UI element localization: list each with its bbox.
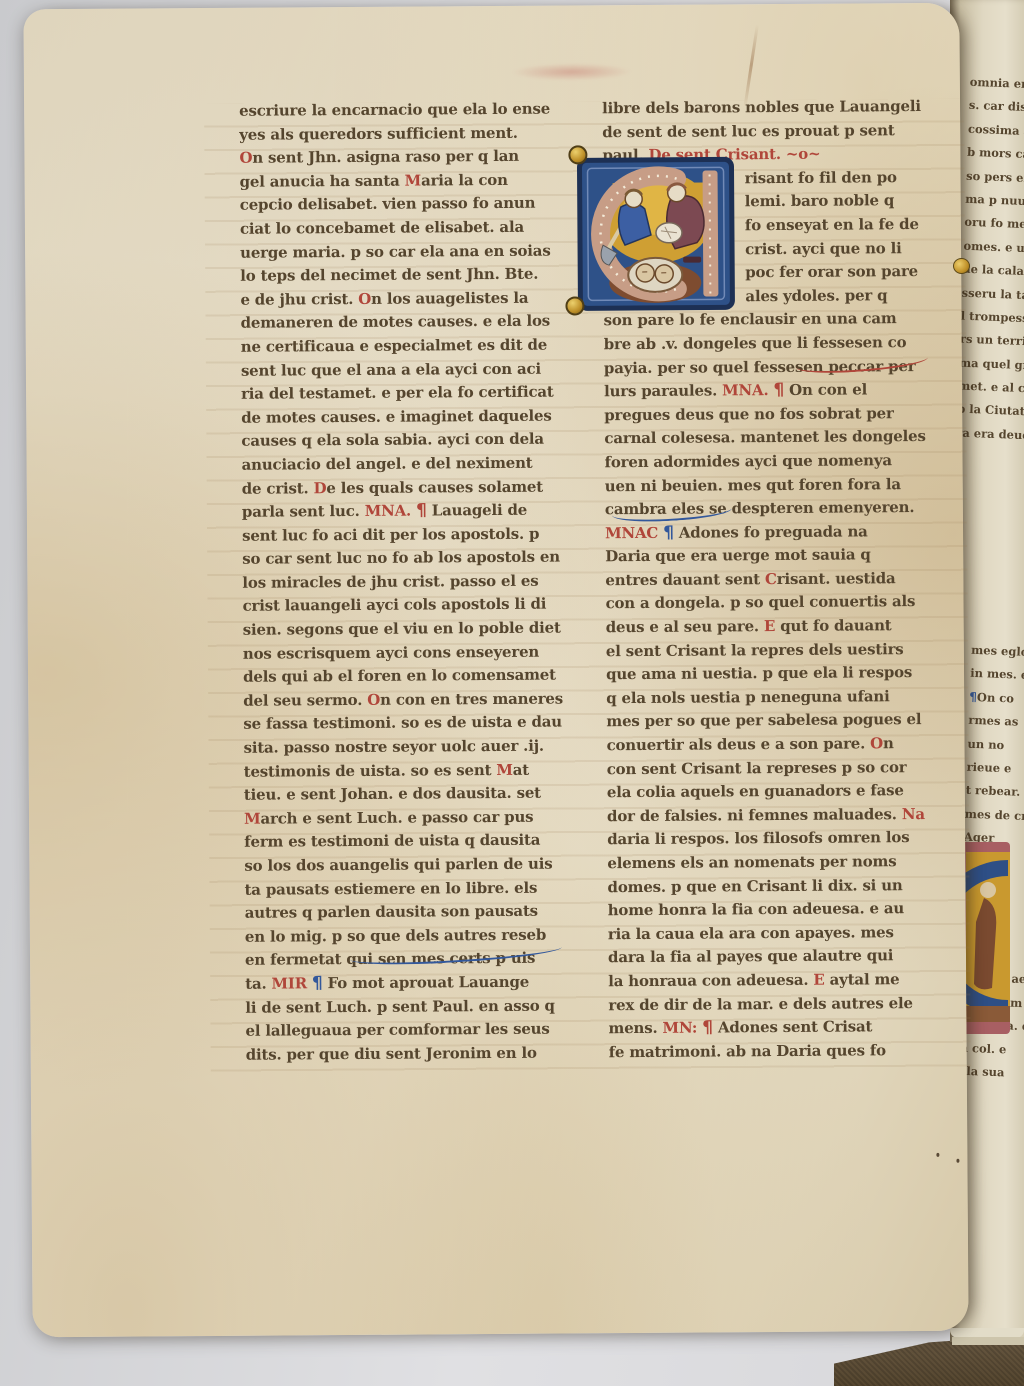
text-line: home honra la fia con adeuesa. e au xyxy=(608,897,956,923)
text-line: fe matrimoni. ab na Daria ques fo xyxy=(609,1039,957,1065)
ink-text: cossima ab xyxy=(968,122,1024,139)
ink-text: aria la con xyxy=(421,171,508,190)
text-line: risant fo fil den po xyxy=(744,166,950,191)
text-line: ra era deues xyxy=(956,421,1024,447)
text-line: p la Ciutat xyxy=(957,398,1024,424)
text-line: payia. per so quel fessesen peccar per xyxy=(604,354,952,380)
ink-text: ta. xyxy=(245,975,271,993)
ink-text: dels qui ab el foren en lo comensamet xyxy=(243,666,556,686)
text-line: mes eglori xyxy=(971,639,1024,665)
text-line: sita. passo nostre seyor uolc auer .ij. xyxy=(243,734,577,760)
text-line: ¶On co xyxy=(969,686,1024,712)
ink-text: fe matrimoni. ab na Daria ques fo xyxy=(609,1041,886,1061)
faded-running-title xyxy=(513,63,631,81)
ink-text: se fassa testimoni. so es de uista e dau xyxy=(243,713,562,733)
ink-text: sien. segons que el viu en lo poble diet xyxy=(243,619,561,639)
rubric-text: MNA. xyxy=(722,381,774,399)
text-line: l trompessca xyxy=(960,305,1024,331)
text-line: ria del testamet. e per ela fo certifica… xyxy=(241,381,575,407)
ink-text: nos escrisquem ayci cons enseyeren xyxy=(243,642,539,662)
text-line: so pers eme xyxy=(966,164,1024,190)
text-line: March e sent Luch. e passo car pus xyxy=(244,805,578,831)
ink-text: s. car dis co xyxy=(969,98,1024,115)
ink-text: en lo mig. p so que dels autres reseb xyxy=(245,925,546,945)
text-line: s. car dis co xyxy=(968,94,1024,120)
text-line: q ela nols uestia p neneguna ufani xyxy=(606,685,954,711)
text-line: mes de cris xyxy=(964,802,1024,828)
text-line: dits. per que diu sent Jeronim en lo xyxy=(246,1041,580,1067)
ink-text: Adones fo preguada na xyxy=(674,522,868,541)
text-line: pregues deus que no fos sobrat per xyxy=(604,402,952,428)
paragraph-mark: ¶ xyxy=(663,522,674,542)
rubric-text: Na xyxy=(902,805,925,823)
ink-text: ela colia aquels en guanadors e fase xyxy=(607,781,904,801)
text-line: met. e al co xyxy=(958,375,1024,401)
ink-text: in mes. e m xyxy=(970,666,1024,683)
illuminated-initial-C xyxy=(576,156,735,311)
ink-text: omes. e un l xyxy=(963,238,1024,255)
ink-text: rmes as xyxy=(968,713,1018,729)
ink-text: cambra eles se despteren emenyeren. xyxy=(605,498,915,518)
ink-text: el sent Crisant la repres dels uestirs xyxy=(606,640,904,660)
text-line: nos escrisquem ayci cons enseyeren xyxy=(243,640,577,666)
text-line: sien. segons que el viu en lo poble diet xyxy=(243,616,577,642)
paragraph-mark: ¶ xyxy=(416,501,427,521)
paragraph-mark: ¶ xyxy=(773,380,784,400)
ink-text: ma quel gr xyxy=(959,355,1024,372)
text-line: lo teps del necimet de sent Jhn. Bte. xyxy=(240,263,574,289)
ink-text: yes als queredors sufficient ment. xyxy=(239,123,518,143)
ink-text: la honraua con adeuesa. xyxy=(608,971,813,990)
text-line: ma p nuum xyxy=(965,188,1024,214)
ink-text: so los dos auangelis qui parlen de uis xyxy=(244,855,552,875)
text-line: en fermetat qui sen mes certs p uis xyxy=(245,947,579,973)
ink-text: sita. passo nostre seyor uolc auer .ij. xyxy=(243,737,543,757)
text-line: elemens els an nomenats per noms xyxy=(607,850,955,876)
ink-text: t rebear. s xyxy=(965,783,1024,799)
text-line: tieu. e sent Johan. e dos dausita. set xyxy=(244,782,578,808)
text-line: rs un terri xyxy=(959,328,1024,354)
text-line: parla sent luc. MNA. ¶ Lauageli de xyxy=(242,499,576,525)
text-line: dor de falsies. ni femnes maluades. Na xyxy=(607,803,955,829)
ink-text: oru fo mela xyxy=(964,215,1024,232)
text-line: li de sent Luch. p sent Paul. en asso q xyxy=(245,994,579,1020)
text-line: ciat lo concebamet de elisabet. ala xyxy=(240,215,574,241)
ink-text: bre ab .v. dongeles que li fessesen co xyxy=(604,333,907,353)
gold-ball-ornament xyxy=(565,296,584,315)
pricking-hole xyxy=(936,1153,939,1157)
text-line: libre dels barons nobles que Lauangeli xyxy=(602,95,950,121)
ink-text: q ela nols uestia p neneguna ufani xyxy=(606,687,889,707)
text-line: so car sent luc no fo ab los apostols en xyxy=(242,546,576,572)
ink-text: rieue e xyxy=(966,760,1011,776)
ink-text: ne certificaua e especialmet es dit de xyxy=(241,336,547,356)
text-line: escriure la encarnacio que ela lo ense xyxy=(239,97,573,123)
ink-text: On con el xyxy=(784,381,867,400)
ink-text: ra era deues xyxy=(956,425,1024,442)
text-line: son pare lo fe enclausir en una cam xyxy=(603,307,951,333)
text-line: cepcio delisabet. vien passo fo anun xyxy=(240,192,574,218)
ink-text: foren adormides ayci que nomenya xyxy=(604,451,891,471)
ink-text: omnia en xyxy=(970,75,1024,91)
text-line: ta pausats estiemere en lo libre. els xyxy=(244,876,578,902)
ink-text: ria la caua ela ara con apayes. mes xyxy=(608,923,894,943)
pricking-hole xyxy=(956,1159,959,1163)
ink-text: domes. p que en Crisant li dix. si un xyxy=(607,876,902,896)
text-line: crist lauangeli ayci cols apostols li di xyxy=(242,593,576,619)
ink-text: Daria que era uerge mot sauia q xyxy=(605,546,871,566)
text-line: dels qui ab el foren en lo comensamet xyxy=(243,664,577,690)
text-line: MNAC ¶ Adones fo preguada na xyxy=(605,519,953,545)
rubric-text: D xyxy=(313,479,326,497)
ink-text: gel anucia ha santa xyxy=(240,171,405,190)
text-line: lurs paraules. MNA. ¶ On con el xyxy=(604,378,952,404)
text-line: cossima ab xyxy=(968,118,1024,144)
ink-text: Lauageli de xyxy=(427,501,528,520)
left-text-column: escriure la encarnacio que ela lo enseye… xyxy=(239,97,580,1067)
text-line: sseru la tam xyxy=(961,281,1024,307)
text-line: Daria que era uerge mot sauia q xyxy=(605,543,953,569)
ink-text: Fo mot aprouat Lauange xyxy=(323,973,530,992)
rubric-text: MNAC xyxy=(605,524,663,542)
ink-text: elemens els an nomenats per noms xyxy=(607,852,896,872)
ink-text: uerge maria. p so car ela ana en soias xyxy=(240,241,551,261)
ink-text: crist. ayci que no li xyxy=(745,239,902,258)
ink-text: parla sent luc. xyxy=(242,502,365,521)
ink-text: sent luc fo aci dit per los apostols. p xyxy=(242,524,539,544)
text-line: sent luc fo aci dit per los apostols. p xyxy=(242,522,576,548)
text-line: ne certificaua e especialmet es dit de xyxy=(241,333,575,359)
rubric-text: O xyxy=(239,149,252,167)
ink-text: de la cala en xyxy=(962,262,1024,279)
manuscript-page: escriure la encarnacio que ela lo enseye… xyxy=(23,3,968,1338)
text-line: omes. e un l xyxy=(963,234,1024,260)
text-line: rmes as xyxy=(968,709,1024,735)
ink-text: so pers eme xyxy=(966,168,1024,185)
ink-text: so car sent luc no fo ab los apostols en xyxy=(242,548,560,568)
ink-text: mes de cris xyxy=(965,806,1024,823)
paragraph-mark: ¶ xyxy=(702,1018,713,1038)
rubric-text: MIR xyxy=(271,974,312,992)
text-line: dara la fia al payes que alautre qui xyxy=(608,944,956,970)
rubric-text: E xyxy=(764,617,775,635)
ink-text: los miracles de jhu crist. passo el es xyxy=(242,572,538,592)
ink-text: home honra la fia con adeuesa. e au xyxy=(608,899,905,919)
ink-text: mens. xyxy=(608,1019,662,1037)
ink-text: causes q ela sola sabia. ayci con dela xyxy=(241,430,544,450)
ink-text: l trompessca xyxy=(961,309,1024,326)
rubric-text: E xyxy=(813,971,824,989)
ink-text: tieu. e sent Johan. e dos dausita. set xyxy=(244,784,541,804)
rubric-text: O xyxy=(870,734,883,752)
ink-text: entres dauant sent xyxy=(605,570,765,589)
initial-miniature xyxy=(576,156,735,311)
ink-text: que ama ni uestia. p que ela li respos xyxy=(606,663,912,683)
text-line: crist. ayci que no li xyxy=(745,236,951,261)
gold-ball-ornament xyxy=(568,145,587,164)
text-line: ferm es testimoni de uista q dausita xyxy=(244,829,578,855)
ink-text: ciat lo concebamet de elisabet. ala xyxy=(240,218,524,238)
ink-text: li de sent Luch. p sent Paul. en asso q xyxy=(245,996,555,1016)
ink-text: n con en tres maneres xyxy=(380,689,563,708)
text-line: testimonis de uista. so es sent Mat xyxy=(244,758,578,784)
ink-text: fo enseyat en la fe de xyxy=(745,215,919,234)
text-line: foren adormides ayci que nomenya xyxy=(604,449,952,475)
text-line: un no xyxy=(967,732,1024,758)
ink-text: crist lauangeli ayci cols apostols li di xyxy=(242,595,546,615)
parchment-vein xyxy=(744,24,759,106)
rubric-text: M xyxy=(244,809,261,827)
text-line: fo enseyat en la fe de xyxy=(745,213,951,238)
text-line: daria li respos. los filosofs omren los xyxy=(607,826,955,852)
ink-text: de sent de sent luc es prouat p sent xyxy=(602,121,894,141)
ink-text: aytal me xyxy=(825,970,900,989)
ink-text: en fermetat qui sen mes certs p uis xyxy=(245,949,535,969)
ink-text: cepcio delisabet. vien passo fo anun xyxy=(240,194,536,214)
text-line: autres q parlen dausita son pausats xyxy=(245,900,579,926)
ink-text: Adones sent Crisat xyxy=(713,1018,872,1037)
ink-text: lo teps del necimet de sent Jhn. Bte. xyxy=(240,265,538,285)
ink-text: mes per so que per sabelesa pogues el xyxy=(606,710,921,730)
buried-heads xyxy=(628,258,682,292)
ink-text: uen ni beuien. mes qut foren fora la xyxy=(605,475,901,495)
ink-text: qut fo dauant xyxy=(775,616,891,635)
ink-text: payia. per so quel fessesen peccar per xyxy=(604,357,916,377)
ink-text: son pare lo fe enclausir en una cam xyxy=(604,310,897,330)
ink-text: con a dongela. p so quel conuertis als xyxy=(605,593,915,613)
text-line: cambra eles se despteren emenyeren. xyxy=(605,496,953,522)
text-line: bre ab .v. dongeles que li fessesen co xyxy=(604,331,952,357)
ink-text: e de jhu crist. xyxy=(240,290,358,309)
ink-text: arch e sent Luch. e passo car pus xyxy=(260,808,533,828)
text-line: rieue e xyxy=(966,756,1024,782)
text-line: b mors cau xyxy=(967,141,1024,167)
text-line: carnal colesesa. mantenet les dongeles xyxy=(604,425,952,451)
text-line: se fassa testimoni. so es de uista e dau xyxy=(243,711,577,737)
text-line: On sent Jhn. asigna raso per q lan xyxy=(239,145,573,171)
text-line: demaneren de motes causes. e ela los xyxy=(240,310,574,336)
ink-text: un no xyxy=(967,736,1004,751)
ink-text: conuertir als deus e a son pare. xyxy=(606,734,870,754)
text-line: ales ydoles. per q xyxy=(745,284,951,309)
text-line: ria la caua ela ara con apayes. mes xyxy=(608,921,956,947)
text-line: el lalleguaua per comformar les seus xyxy=(245,1018,579,1044)
text-line: de sent de sent luc es prouat p sent xyxy=(602,118,950,144)
text-line: en lo mig. p so que dels autres reseb xyxy=(245,923,579,949)
ink-text: autres q parlen dausita son pausats xyxy=(245,902,538,922)
ink-text: libre dels barons nobles que Lauangeli xyxy=(602,97,921,117)
ink-text: del seu sermo. xyxy=(243,691,367,710)
text-line: entres dauant sent Crisant. uestida xyxy=(605,567,953,593)
text-line: con sent Crisant la represes p so cor xyxy=(607,755,955,781)
text-line: conuertir als deus e a son pare. On xyxy=(606,732,954,758)
ink-text: n xyxy=(883,734,894,752)
text-line: que ama ni uestia. p que ela li respos xyxy=(606,661,954,687)
text-line: del seu sermo. On con en tres maneres xyxy=(243,687,577,713)
rubric-text: O xyxy=(367,691,380,709)
text-line: ma quel gr xyxy=(959,351,1024,377)
ink-text: dara la fia al payes que alautre qui xyxy=(608,947,893,967)
text-line: uerge maria. p so car ela ana en soias xyxy=(240,239,574,265)
text-line: de crist. De les quals causes solamet xyxy=(242,475,576,501)
text-line: uen ni beuien. mes qut foren fora la xyxy=(605,472,953,498)
text-line: la honraua con adeuesa. E aytal me xyxy=(608,968,956,994)
text-line: causes q ela sola sabia. ayci con dela xyxy=(241,428,575,454)
ink-text: ferm es testimoni de uista q dausita xyxy=(244,831,540,851)
ink-text: testimonis de uista. so es sent xyxy=(244,761,497,781)
ink-text: risant fo fil den po xyxy=(745,168,897,187)
ink-text: demaneren de motes causes. e ela los xyxy=(241,312,551,332)
ink-text: rex de dir de la mar. e dels autres ele xyxy=(608,994,913,1014)
text-line: de la cala en xyxy=(962,258,1024,284)
rubric-text: M xyxy=(405,171,422,189)
ink-text: el lalleguaua per comformar les seus xyxy=(245,1020,549,1040)
text-line: t rebear. s xyxy=(965,779,1024,805)
ink-text: ales ydoles. per q xyxy=(745,286,887,305)
ink-text: risant. uestida xyxy=(777,569,896,588)
text-line: lemi. baro noble q xyxy=(745,189,951,214)
ink-text: sseru la tam xyxy=(961,285,1024,302)
text-line: poc fer orar son pare xyxy=(745,260,951,285)
ink-text: deus e al seu pare. xyxy=(606,617,764,636)
ink-text: anuciacio del angel. e del neximent xyxy=(241,454,532,474)
ink-text: b mors cau xyxy=(967,145,1024,162)
ink-text: lemi. baro noble q xyxy=(745,192,894,211)
ink-text: mes eglori xyxy=(971,643,1024,660)
text-line: e de jhu crist. On los auagelistes la xyxy=(240,286,574,312)
rubric-text: O xyxy=(358,290,371,308)
ink-text: lurs paraules. xyxy=(604,382,722,401)
text-line: de motes causes. e imaginet daqueles xyxy=(241,404,575,430)
text-line: rex de dir de la mar. e dels autres ele xyxy=(608,991,956,1017)
ink-text: rs un terri xyxy=(960,332,1024,349)
ink-text: pregues deus que no fos sobrat per xyxy=(604,404,894,424)
ink-text: n sent Jhn. asigna raso per q lan xyxy=(252,147,519,167)
text-line: los miracles de jhu crist. passo el es xyxy=(242,569,576,595)
page-stack-edge xyxy=(952,1337,1024,1345)
rubric-text: C xyxy=(765,570,777,588)
text-line: con a dongela. p so quel conuertis als xyxy=(605,590,953,616)
ink-text: de motes causes. e imaginet daqueles xyxy=(241,406,552,426)
ink-text: ria del testamet. e per ela fo certifica… xyxy=(241,383,554,403)
paragraph-mark: ¶ xyxy=(312,973,323,993)
ink-text: poc fer orar son pare xyxy=(745,262,918,281)
ink-text: met. e al co xyxy=(958,379,1024,396)
text-line: ela colia aquels en guanadors e fase xyxy=(607,779,955,805)
ink-text: sent luc que el ana a ela ayci con aci xyxy=(241,359,541,379)
text-line: yes als queredors sufficient ment. xyxy=(239,121,573,147)
ink-text: escriure la encarnacio que ela lo ense xyxy=(239,100,550,120)
ink-text: dits. per que diu sent Jeronim en lo xyxy=(246,1043,537,1063)
rubric-text: MNA. xyxy=(365,502,417,520)
gold-margin-dot xyxy=(953,258,970,274)
ink-text: On co xyxy=(977,690,1015,705)
ink-text: con sent Crisant la represes p so cor xyxy=(607,758,907,778)
ink-text: dor de falsies. ni femnes maluades. xyxy=(607,805,902,825)
ink-text: at xyxy=(513,760,529,778)
ink-text: p la Ciutat xyxy=(957,402,1024,419)
ink-text: n los auagelistes la xyxy=(371,289,528,308)
text-line: in mes. e m xyxy=(970,662,1024,688)
text-line: mes per so que per sabelesa pogues el xyxy=(606,708,954,734)
text-line: deus e al seu pare. E qut fo dauant xyxy=(606,614,954,640)
ink-text: daria li respos. los filosofs omren los xyxy=(607,829,909,849)
text-line: oru fo mela xyxy=(964,211,1024,237)
ink-text: de crist. xyxy=(242,479,314,498)
ink-text: ta pausats estiemere en lo libre. els xyxy=(244,878,537,898)
text-line: mens. MN: ¶ Adones sent Crisat xyxy=(608,1015,956,1041)
text-line: omnia en xyxy=(969,71,1024,97)
text-line: so los dos auangelis qui parlen de uis xyxy=(244,852,578,878)
text-line: anuciacio del angel. e del neximent xyxy=(241,451,575,477)
text-line: ta. MIR ¶ Fo mot aprouat Lauange xyxy=(245,970,579,996)
ink-text: e les quals causes solamet xyxy=(326,477,543,497)
text-line: gel anucia ha santa Maria la con xyxy=(240,168,574,194)
ink-text: carnal colesesa. mantenet les dongeles xyxy=(604,427,925,447)
text-line: domes. p que en Crisant li dix. si un xyxy=(607,873,955,899)
text-line: sent luc que el ana a ela ayci con aci xyxy=(241,357,575,383)
rubric-text: M xyxy=(496,761,513,779)
rubric-text: MN: xyxy=(662,1019,702,1037)
ink-text: ma p nuum xyxy=(965,192,1024,209)
photo-backdrop: omnia ens. car dis cocossima abb mors ca… xyxy=(0,0,1024,1386)
text-line: el sent Crisant la repres dels uestirs xyxy=(606,637,954,663)
